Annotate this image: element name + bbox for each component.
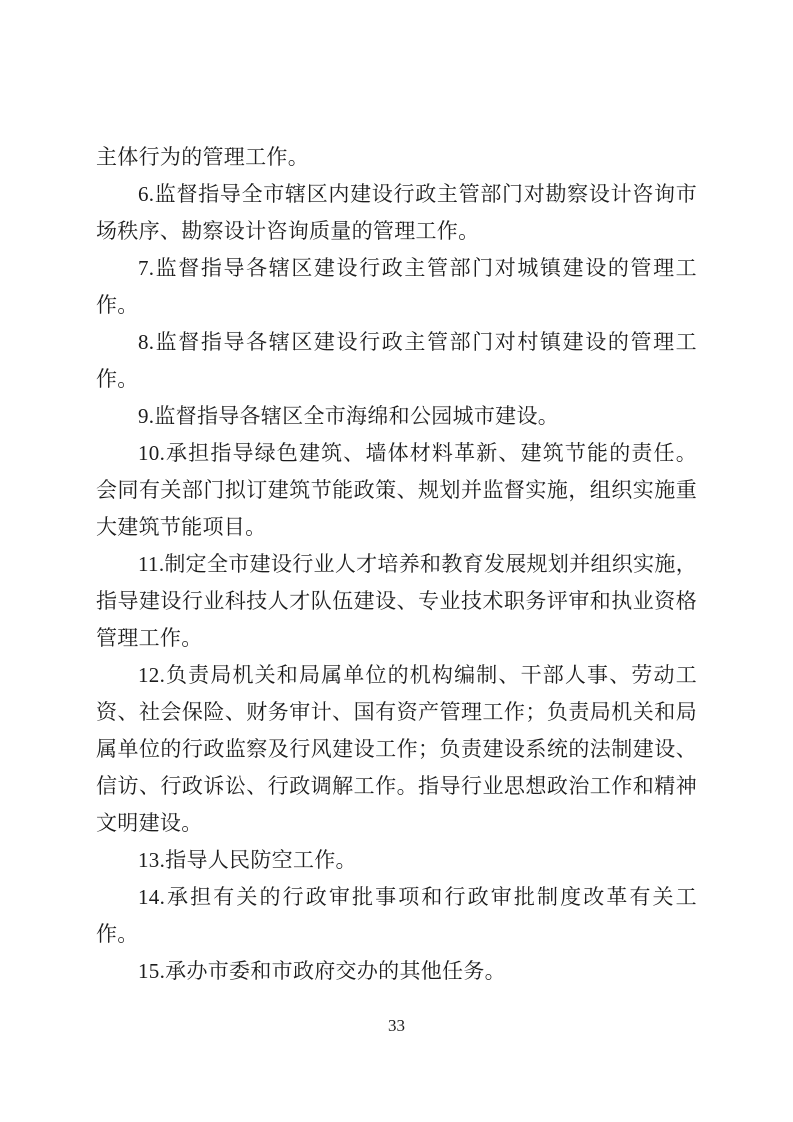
paragraph-item-7: 7.监督指导各辖区建设行政主管部门对城镇建设的管理工作。 [96,250,697,324]
paragraph-continuation: 主体行为的管理工作。 [96,139,697,176]
paragraph-item-10: 10.承担指导绿色建筑、墙体材料革新、建筑节能的责任。会同有关部门拟订建筑节能政… [96,435,697,546]
document-page: 主体行为的管理工作。 6.监督指导全市辖区内建设行政主管部门对勘察设计咨询市场秩… [0,0,793,1122]
document-body: 主体行为的管理工作。 6.监督指导全市辖区内建设行政主管部门对勘察设计咨询市场秩… [96,139,697,990]
paragraph-item-12: 12.负责局机关和局属单位的机构编制、干部人事、劳动工资、社会保险、财务审计、国… [96,657,697,842]
page-footer: 33 [0,1014,793,1038]
page-number: 33 [388,1016,405,1035]
paragraph-item-6: 6.监督指导全市辖区内建设行政主管部门对勘察设计咨询市场秩序、勘察设计咨询质量的… [96,176,697,250]
paragraph-item-15: 15.承办市委和市政府交办的其他任务。 [96,953,697,990]
paragraph-item-11: 11.制定全市建设行业人才培养和教育发展规划并组织实施，指导建设行业科技人才队伍… [96,546,697,657]
paragraph-item-13: 13.指导人民防空工作。 [96,842,697,879]
paragraph-item-9: 9.监督指导各辖区全市海绵和公园城市建设。 [96,398,697,435]
paragraph-item-8: 8.监督指导各辖区建设行政主管部门对村镇建设的管理工作。 [96,324,697,398]
paragraph-item-14: 14.承担有关的行政审批事项和行政审批制度改革有关工作。 [96,879,697,953]
